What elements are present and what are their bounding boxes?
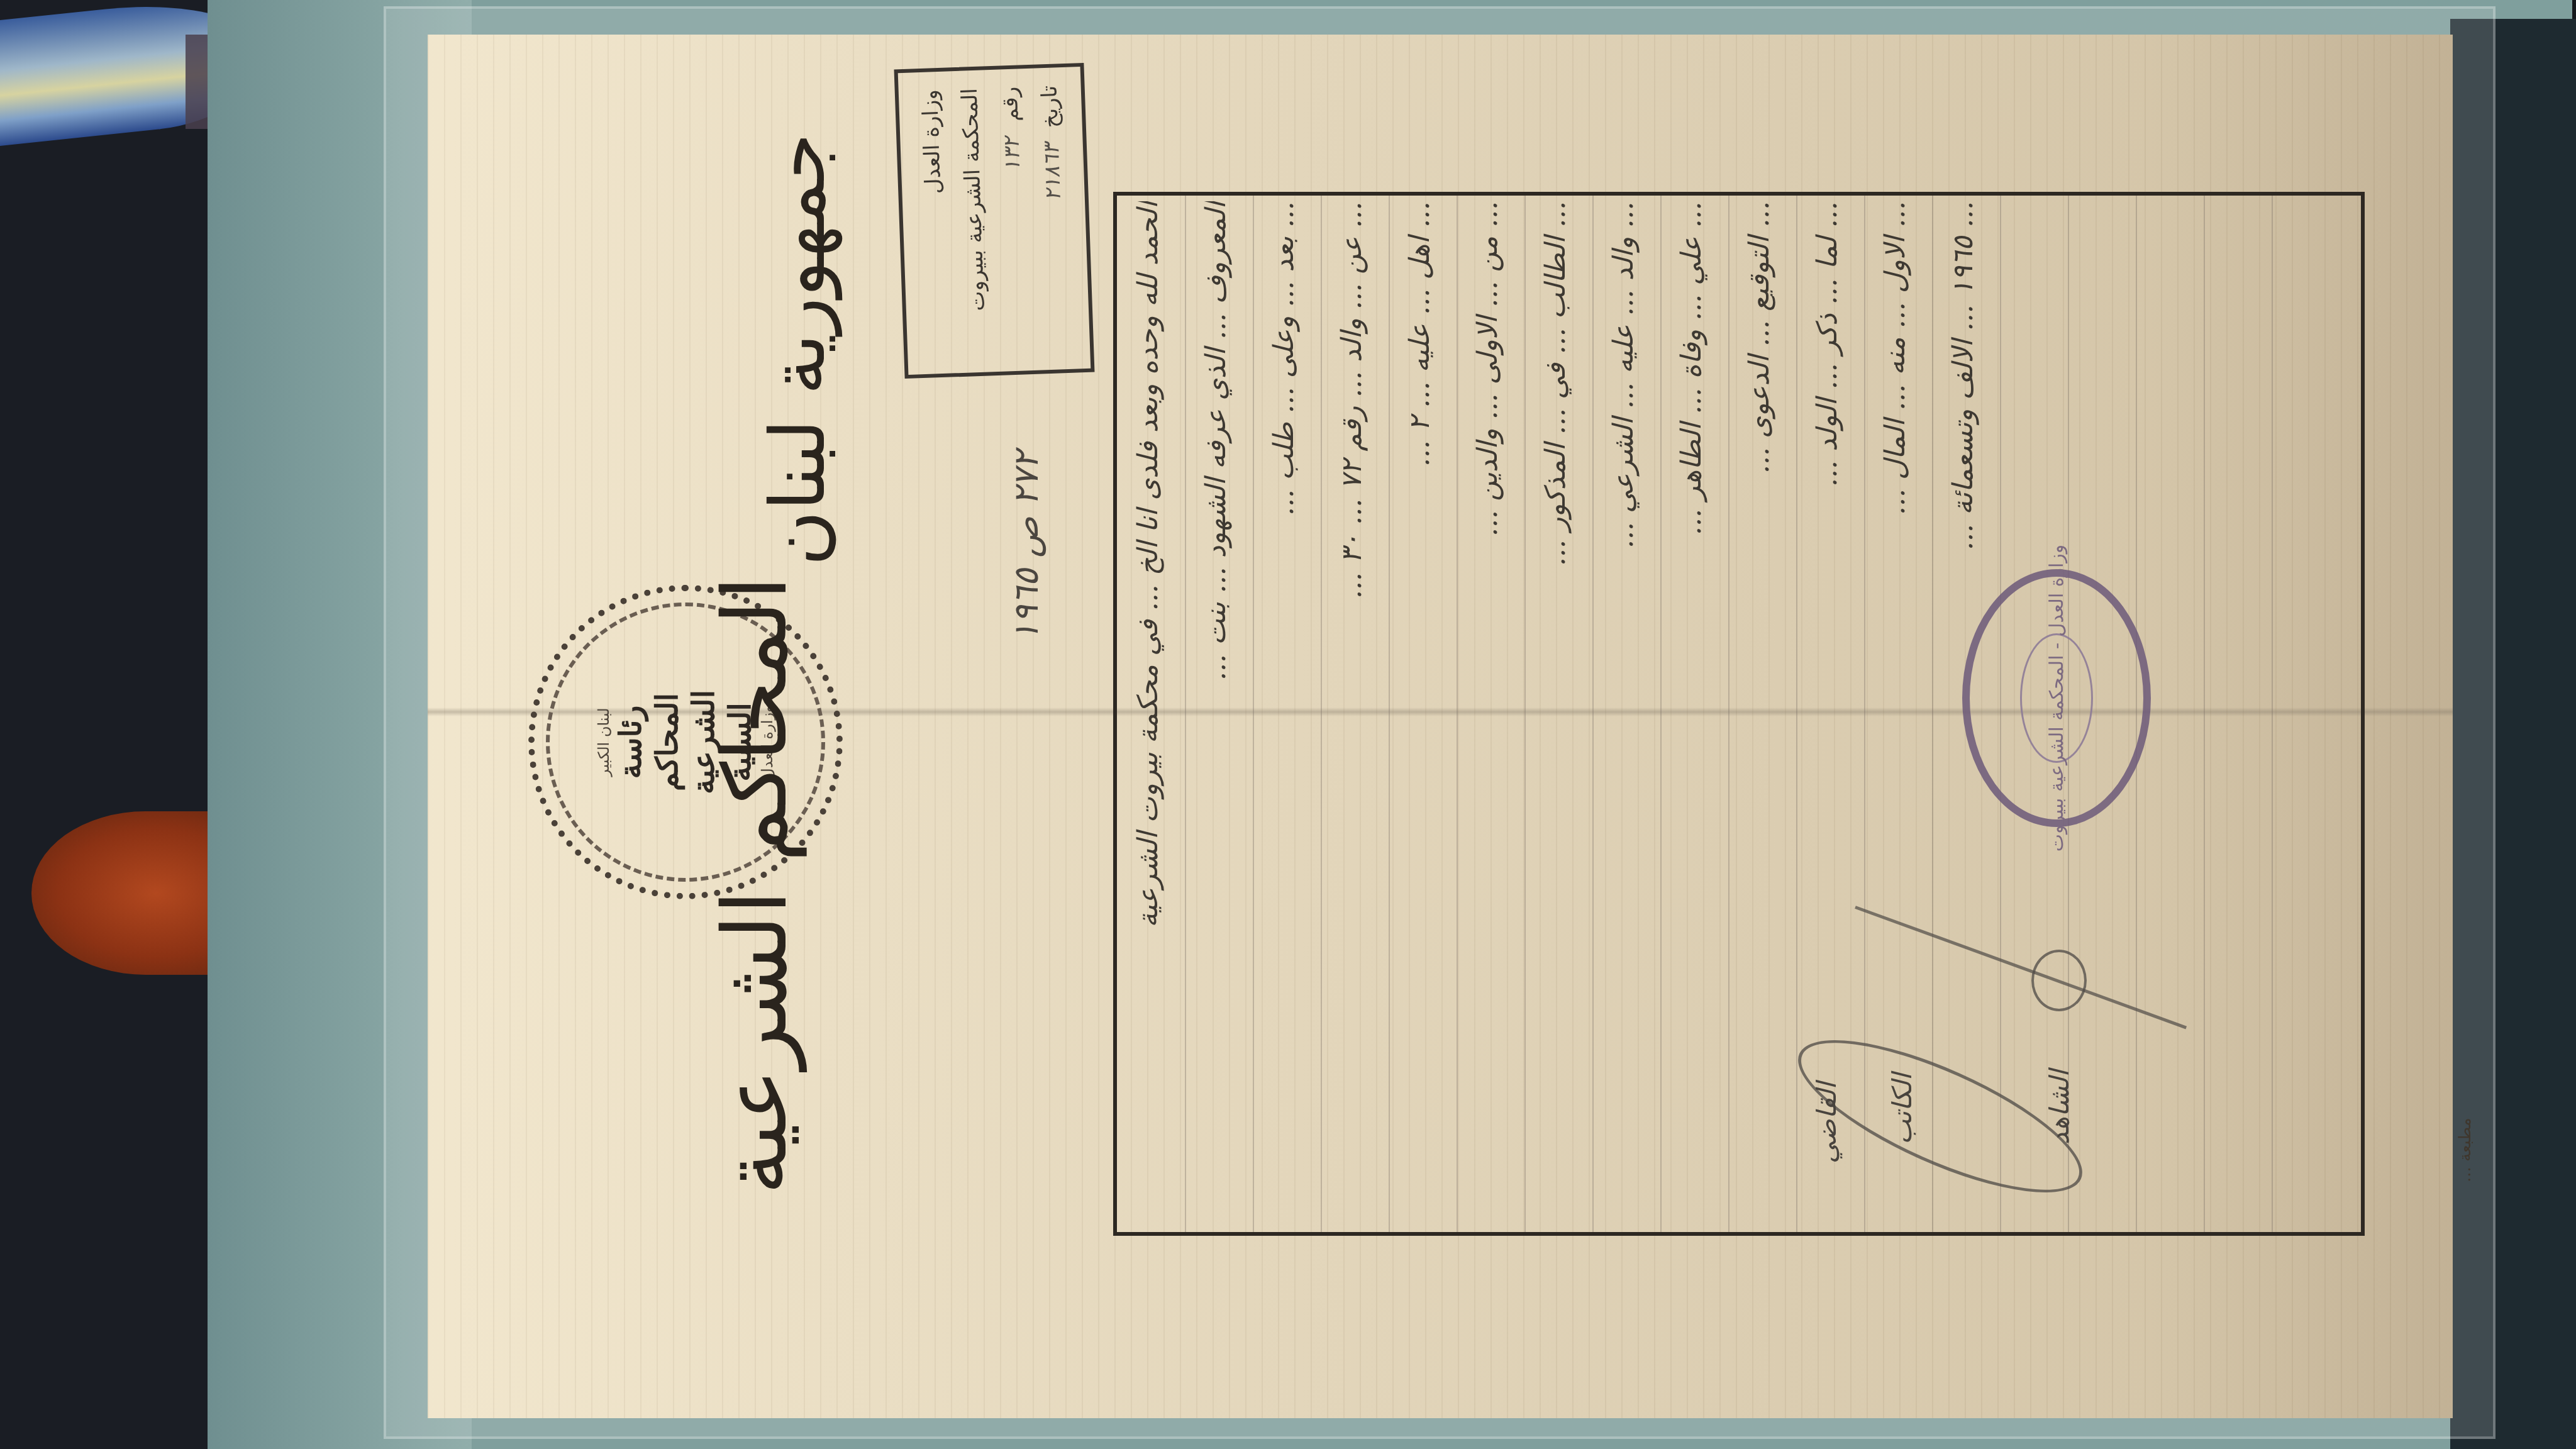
stamp-number-value: ١٣٢ (999, 136, 1025, 172)
stamp-date-value: ٢١٨٦٣ (1039, 143, 1066, 202)
letterhead-line-1: جمهورية لبنان (755, 133, 842, 566)
letterhead-line-2: المحاكم الشرعية (704, 576, 807, 1195)
official-seal: وزارة العدل - المحكمة الشرعية ببيروت (1962, 569, 2151, 827)
stamp-date-row: تاريخ ٢١٨٦٣ (1037, 85, 1072, 352)
body-text-line: ... علي ... وفاة ... الطاهر ... (1675, 201, 1732, 1220)
body-text-line: الحمد لله وحده وبعد فلدى انا الخ ... في … (1132, 201, 1189, 1220)
seal-text: وزارة العدل - المحكمة الشرعية ببيروت (2046, 545, 2068, 852)
body-text-line: ... التوقيع ... الدعوى ... (1743, 201, 1800, 1220)
body-text-line: المعروف ... الذي عرفه الشهود ... بنت ... (1200, 201, 1257, 1220)
signature-name-3: الشاهد (2044, 1070, 2075, 1145)
body-text-line: ... عن ... والد ... رقم ٧٢ ... ٣٠ ... (1336, 201, 1392, 1220)
signature-scribble-2 (2031, 950, 2087, 1011)
ruled-line (2272, 196, 2273, 1232)
reference-note: ٢٧٢ ص ١٩٦٥ (1006, 451, 1046, 641)
signature-name-2: الكاتب (1887, 1074, 1918, 1145)
registry-stamp: وزارة العدل المحكمة الشرعية ببيروت رقم ١… (894, 63, 1095, 379)
body-text-line: ... اهل ... عليه ... ٢ ... (1404, 201, 1460, 1220)
ruled-line (2204, 196, 2205, 1232)
stamp-number-row: رقم ١٣٢ (997, 86, 1031, 353)
stamp-court: المحكمة الشرعية ببيروت (957, 88, 992, 355)
stamp-ministry: وزارة العدل (917, 89, 952, 357)
body-text-line: ... بعد ... وعلى ... طلب ... (1268, 201, 1324, 1220)
body-text-line: ... من ... الاولى ... والدين ... (1472, 201, 1528, 1220)
printer-note: مطبعة ... (2456, 1118, 2475, 1182)
stamp-date-label: تاريخ (1037, 85, 1063, 128)
body-text-line: ... الطالب ... في ... المذكور ... (1540, 201, 1596, 1220)
signature-name-1: القاضي (1811, 1082, 1842, 1163)
body-text-line: ... والد ... عليه ... الشرعي ... (1607, 201, 1664, 1220)
emblem-top-text: لبنان الكبير (595, 667, 613, 818)
stamp-number-label: رقم (997, 86, 1023, 122)
